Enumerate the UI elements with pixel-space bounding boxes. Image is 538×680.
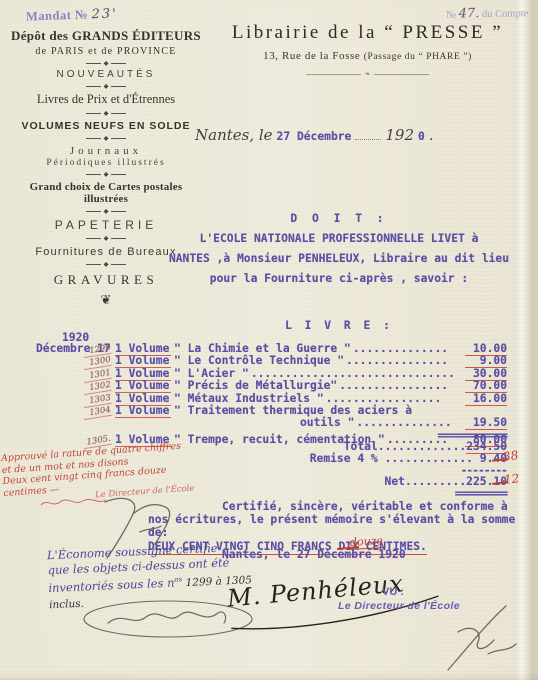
divider-ornament: ◆ <box>8 109 204 118</box>
mandat-number-handwritten: 23' <box>91 6 118 22</box>
row-leader-dots: .............................. <box>251 367 465 380</box>
dateline-place: Nantes, le <box>195 126 273 144</box>
sidebar-item-cartes-postales: Grand choix de Cartes postales illustrée… <box>8 181 204 205</box>
header-divider-ornament: ❧ <box>205 70 530 78</box>
divider-ornament: ◆ <box>8 170 204 179</box>
row-leader-dots: .............. <box>356 416 465 429</box>
sidebar-item-depot: Dépôt des GRANDS ÉDITEURS <box>8 28 204 44</box>
fleuron-ornament: ❦ <box>8 292 204 308</box>
table-row: 1300 1 Volume " Le Contrôle Technique " … <box>115 354 507 366</box>
doit-line-1: L'ECOLE NATIONALE PROFESSIONNELLE LIVET … <box>145 232 533 245</box>
row-title: " Métaux Industriels " <box>174 392 324 405</box>
mandat-stamp: Mandat № 23' <box>26 6 118 24</box>
table-row: 1304 1 Volume " Traitement thermique des… <box>115 404 507 416</box>
row-title: " Précis de Métallurgie" <box>174 379 337 392</box>
dateline-typed-date: 27 Décembre <box>277 130 352 143</box>
address-main: 13, Rue de la Fosse <box>263 50 360 62</box>
table-row: 1301 1 Volume " L'Acier " ..............… <box>115 367 507 379</box>
vu-stamp-label: VU : <box>382 586 404 598</box>
dateline: Nantes, le 27 Décembre 192 0 . <box>195 126 525 145</box>
pencil-signature-bottom-right <box>428 602 528 674</box>
certification-line-1: Certifié, sincère, véritable et conforme… <box>148 500 538 513</box>
dateline-printed-year: 192 <box>385 126 414 144</box>
compte-rest-label: du Compte <box>482 8 529 20</box>
compte-no-label: № <box>446 10 456 21</box>
divider-ornament: ◆ <box>8 59 204 68</box>
letterhead-header: Librairie de la “ PRESSE ” 13, Rue de la… <box>205 22 530 78</box>
row-leader-dots: ................ <box>339 379 465 392</box>
shop-title: Librairie de la “ PRESSE ” <box>205 22 530 44</box>
sidebar-item-volumes-solde: VOLUMES NEUFS EN SOLDE <box>8 120 204 132</box>
row-title: outils " <box>300 416 354 429</box>
doit-heading: D O I T : <box>145 212 533 225</box>
table-row-continuation: outils " .............. 19.50 <box>115 416 507 428</box>
sidebar-item-paris-province: de PARIS et de PROVINCE <box>8 46 204 57</box>
dateline-period: . <box>429 126 434 144</box>
address-passage: (Passage du “ PHARE ”) <box>364 52 472 62</box>
net-correction-handwritten: 12 <box>503 471 520 487</box>
divider-ornament: ◆ <box>8 82 204 91</box>
row-leader-dots: ................. <box>326 392 465 405</box>
sidebar-item-periodiques: Périodiques illustrés <box>8 158 204 168</box>
dateline-dotted-rule <box>355 127 381 140</box>
table-row: 1303 1 Volume " Métaux Industriels " ...… <box>115 392 507 404</box>
row-leader-dots: .............. <box>353 342 465 355</box>
doit-line-2: NANTES ,à Monsieur PENHELEUX, Libraire a… <box>145 252 533 265</box>
econome-line-3-pre: inventoriés sous les n <box>48 576 175 595</box>
table-row: 1302 1 Volume " Précis de Métallurgie" .… <box>115 379 507 391</box>
mandat-label: Mandat № <box>26 7 89 23</box>
certification-line-2: nos écritures, le présent mémoire s'élev… <box>148 513 538 539</box>
sidebar-item-nouveautes: NOUVEAUTÉS <box>8 69 204 80</box>
remise-correction-handwritten: 38 <box>502 448 519 464</box>
shop-address: 13, Rue de la Fosse (Passage du “ PHARE … <box>205 50 530 62</box>
invoice-document: Mandat № 23' № 47. du Compte Dépôt des G… <box>0 0 538 680</box>
sidebar-item-journaux: Journaux <box>8 145 204 157</box>
dateline-typed-digit: 0 <box>418 130 425 143</box>
compte-number-handwritten: 47. <box>458 6 479 21</box>
sidebar-item-livres-prix: Livres de Prix et d'Étrennes <box>8 92 204 107</box>
row-title: " Le Contrôle Technique " <box>174 354 344 367</box>
livre-heading: L I V R E : <box>145 319 533 332</box>
divider-ornament: ◆ <box>8 134 204 143</box>
row-title: " La Chimie et la Guerre " <box>174 342 351 355</box>
compte-stamp: № 47. du Compte <box>446 5 529 21</box>
table-row: 1299 1 Volume " La Chimie et la Guerre "… <box>115 342 507 354</box>
doit-line-3: pour la Fourniture ci-après , savoir : <box>145 272 533 285</box>
row-title: " Traitement thermique des aciers à <box>174 404 412 417</box>
debtor-block: D O I T : L'ECOLE NATIONALE PROFESSIONNE… <box>145 212 533 285</box>
row-title: " L'Acier " <box>174 367 249 380</box>
row-leader-dots: ............... <box>346 354 465 367</box>
